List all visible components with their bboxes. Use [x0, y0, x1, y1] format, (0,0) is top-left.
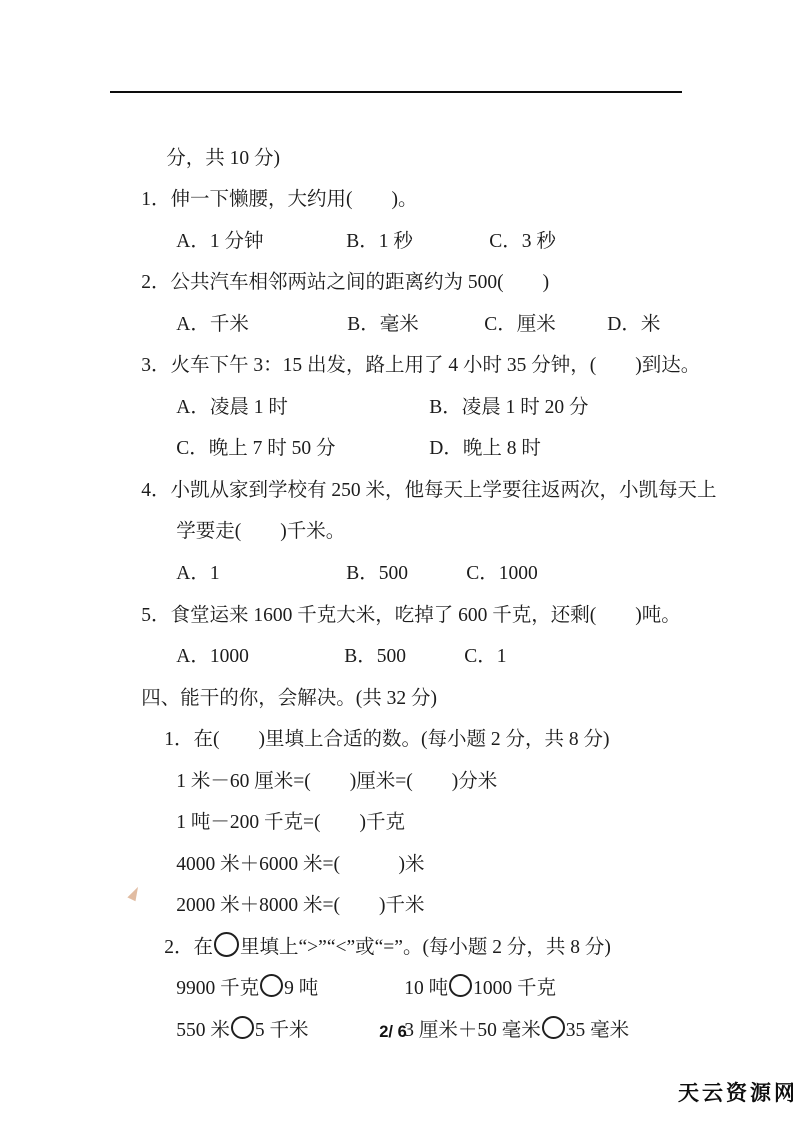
option-a: A．凌晨 1 时 [176, 387, 429, 429]
fill-blank-text: 2000 米＋8000 米=( )千米 [176, 895, 424, 916]
option-b: B．毫米 [347, 304, 484, 346]
section-header-continuation: 分，共 10 分) [0, 96, 793, 138]
fill-blank-text: 4000 米＋6000 米=( )米 [176, 854, 424, 875]
option-c: C．晚上 7 时 50 分 [176, 428, 429, 470]
watermark: 天云资源网 [678, 1077, 793, 1107]
option-a: A．千米 [176, 304, 347, 346]
option-b: B．500 [346, 553, 466, 595]
section-4-question-2-prefix: 2．在 [164, 937, 213, 958]
circle-placeholder-icon [449, 974, 472, 997]
question-5-text: 5．食堂运来 1600 千克大米，吃掉了 600 千克，还剩( )吨。 [141, 605, 681, 626]
comparison-left: 10 吨 [404, 978, 448, 999]
top-rule [110, 91, 682, 93]
question-2-text: 2．公共汽车相邻两站之间的距离约为 500( ) [141, 272, 549, 293]
question-3-text: 3．火车下午 3：15 出发，路上用了 4 小时 35 分钟，( )到达。 [141, 355, 700, 376]
option-c: C．3 秒 [489, 221, 556, 263]
worksheet-page: 分，共 10 分) 1．伸一下懒腰，大约用( )。 A．1 分钟B．1 秒C．3… [0, 0, 793, 1122]
comparison-left: 9900 千克 [176, 978, 259, 999]
fill-blank-text: 1 米－60 厘米=( )厘米=( )分米 [176, 771, 497, 792]
option-c: C．1 [464, 636, 506, 678]
option-a: A．1000 [176, 636, 344, 678]
section-4-question-1-text: 1．在( )里填上合适的数。(每小题 2 分，共 8 分) [164, 729, 609, 750]
circle-placeholder-icon [260, 974, 283, 997]
option-d: D．米 [607, 304, 660, 346]
option-b: B．500 [344, 636, 464, 678]
option-a: A．1 分钟 [176, 221, 346, 263]
option-a: A．1 [176, 553, 346, 595]
question-4-text-line-1: 4．小凯从家到学校有 250 米，他每天上学要往返两次，小凯每天上 [141, 480, 716, 501]
question-4-text-line-2: 学要走( )千米。 [176, 521, 345, 542]
option-d: D．晚上 8 时 [429, 428, 541, 470]
question-1: 1．伸一下懒腰，大约用( )。 [0, 138, 793, 180]
comparison-right: 9 吨 [284, 978, 318, 999]
option-c: C．1000 [466, 553, 538, 595]
comparison-item: 9900 千克9 吨 [176, 968, 404, 1010]
page-number: 2/ 6 [0, 1023, 786, 1042]
section-header-continuation-text: 分，共 10 分) [166, 148, 280, 169]
circle-placeholder-icon [214, 932, 239, 957]
option-b: B．凌晨 1 时 20 分 [429, 387, 588, 429]
comparison-right: 1000 千克 [473, 978, 556, 999]
section-4-question-2-suffix: 里填上“>”“<”或“=”。(每小题 2 分，共 8 分) [240, 937, 611, 958]
section-4-heading-text: 四、能干的你，会解决。(共 32 分) [141, 688, 437, 709]
fill-blank-text: 1 吨－200 千克=( )千克 [176, 812, 405, 833]
comparison-item: 10 吨1000 千克 [404, 968, 556, 1010]
question-1-text: 1．伸一下懒腰，大约用( )。 [141, 189, 417, 210]
option-b: B．1 秒 [346, 221, 489, 263]
option-c: C．厘米 [484, 304, 607, 346]
worksheet-content: 分，共 10 分) 1．伸一下懒腰，大约用( )。 A．1 分钟B．1 秒C．3… [0, 96, 793, 1010]
